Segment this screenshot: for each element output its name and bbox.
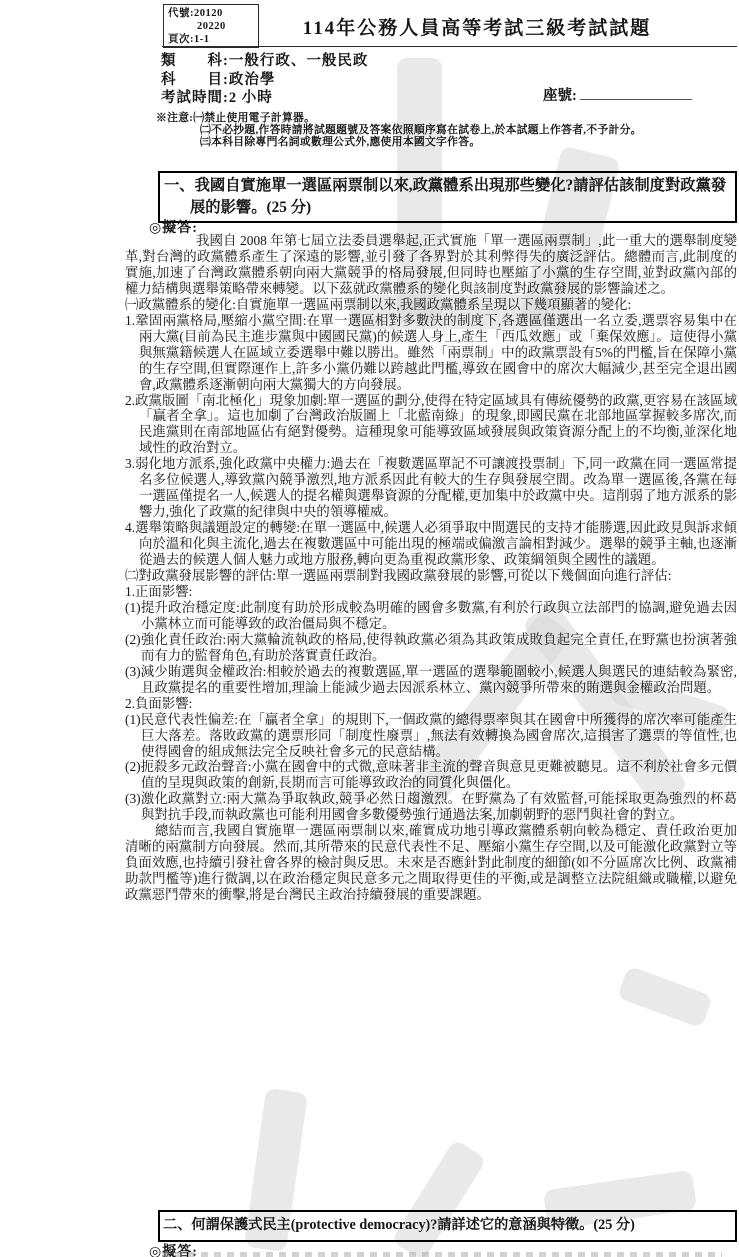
section-1-item-1: 1.鞏固兩黨格局,壓縮小黨空間:在單一選區相對多數決的制度下,各選區僅選出一名立… — [125, 313, 737, 393]
page-number: 頁次:1-1 — [168, 33, 258, 46]
section-1-item-4: 4.選舉策略與議題設定的轉變:在單一選區中,候選人必須爭取中間選民的支持才能勝選… — [125, 520, 737, 568]
exam-paper-page: 代號:20120 20220 頁次:1-1 114年公務人員高等考試三級考試試題… — [0, 0, 739, 1257]
notice-prefix: ※注意: — [156, 112, 193, 124]
negative-effect-item-2: (2)扼殺多元政治聲音:小黨在國會中的式微,意味著非主流的聲音與意見更難被聽見。… — [125, 759, 737, 791]
section-1-heading: ㈠政黨體系的變化:自實施單一選區兩票制以來,我國政黨體系呈現以下幾項顯著的變化: — [125, 297, 737, 313]
header-divider — [162, 46, 737, 47]
subject-value: 政治學 — [229, 72, 276, 88]
positive-effect-item-1: (1)提升政治穩定度:此制度有助於形成較為明確的國會多數黨,有利於行政與立法部門… — [125, 600, 737, 632]
section-1-item-3: 3.弱化地方派系,強化政黨中央權力:過去在「複數選區單記不可讓渡投票制」下,同一… — [125, 456, 737, 520]
exam-time-label: 考試時間: — [161, 90, 229, 106]
question-2-box: 二、何謂保護式民主(protective democracy)?請詳述它的意涵與… — [158, 1210, 737, 1242]
positive-effect-item-2: (2)強化責任政治:兩大黨輪流執政的格局,使得執政黨必須為其政策成敗負起完全責任… — [125, 632, 737, 664]
question-1-box: 一、我國自實施單一選區兩票制以來,政黨體系出現那些變化?請評估該制度對政黨發展的… — [158, 171, 737, 223]
notice-block: ※注意:㈠禁止使用電子計算器。 ㈡不必抄題,作答時請將試題題號及答案依照順序寫在… — [156, 112, 642, 148]
exam-time-row: 考試時間:2 小時 — [161, 89, 368, 108]
positive-effects-heading: 1.正面影響: — [125, 584, 737, 600]
exam-meta: 類 科:一般行政、一般民政 科 目:政治學 考試時間:2 小時 — [161, 52, 368, 108]
section-2-heading: ㈡對政黨發展影響的評估:單一選區兩票制對我國政黨發展的影響,可從以下幾個面向進行… — [125, 568, 737, 584]
exam-code-line2: 20220 — [168, 20, 258, 33]
notice-item-2: ㈡不必抄題,作答時請將試題題號及答案依照順序寫在試卷上,於本試題上作答者,不予計… — [156, 124, 642, 136]
subject-row: 科 目:政治學 — [161, 71, 368, 90]
answer-intro-paragraph: 我國自 2008 年第七屆立法委員選舉起,正式實施「單一選區兩票制」,此一重大的… — [125, 233, 737, 297]
section-1-item-2: 2.政黨版圖「南北極化」現象加劇:單一選區的劃分,使得在特定區域具有傳統優勢的政… — [125, 393, 737, 457]
category-label: 類 科: — [161, 53, 229, 69]
question-2-text: 二、何謂保護式民主(protective democracy)?請詳述它的意涵與… — [163, 1215, 732, 1236]
seat-number-blank-line — [580, 84, 692, 100]
seat-number-label: 座號: — [543, 88, 577, 104]
subject-label: 科 目: — [161, 72, 229, 88]
category-value: 一般行政、一般民政 — [229, 53, 369, 69]
notice-item-3: ㈢本科目除專門名詞或數理公式外,應使用本國文字作答。 — [156, 136, 642, 148]
positive-effect-item-3: (3)減少賄選與金權政治:相較於過去的複數選區,單一選區的選舉範圍較小,候選人與… — [125, 664, 737, 696]
conclusion-paragraph: 總結而言,我國自實施單一選區兩票制以來,確實成功地引導政黨體系朝向較為穩定、責任… — [125, 823, 737, 903]
exam-code-box: 代號:20120 20220 頁次:1-1 — [163, 4, 259, 48]
cut-off-text-line — [162, 1252, 722, 1257]
seat-number-row: 座號: — [543, 84, 692, 105]
category-row: 類 科:一般行政、一般民政 — [161, 52, 368, 71]
exam-code-line1: 代號:20120 — [168, 7, 258, 20]
notice-line-1: ※注意:㈠禁止使用電子計算器。 — [156, 112, 642, 124]
negative-effects-heading: 2.負面影響: — [125, 696, 737, 712]
negative-effect-item-1: (1)民意代表性偏差:在「贏者全拿」的規則下,一個政黨的總得票率與其在國會中所獲… — [125, 712, 737, 760]
exam-title: 114年公務人員高等考試三級考試試題 — [262, 13, 692, 40]
exam-time-value: 2 小時 — [229, 90, 273, 106]
notice-item-1: ㈠禁止使用電子計算器。 — [193, 112, 315, 124]
question-1-text: 一、我國自實施單一選區兩票制以來,政黨體系出現那些變化?請評估該制度對政黨發展的… — [164, 175, 731, 218]
negative-effect-item-3: (3)激化政黨對立:兩大黨為爭取執政,競爭必然日趨激烈。在野黨為了有效監督,可能… — [125, 791, 737, 823]
model-answer-body-1: 我國自 2008 年第七屆立法委員選舉起,正式實施「單一選區兩票制」,此一重大的… — [125, 233, 737, 903]
watermark — [617, 966, 713, 1029]
